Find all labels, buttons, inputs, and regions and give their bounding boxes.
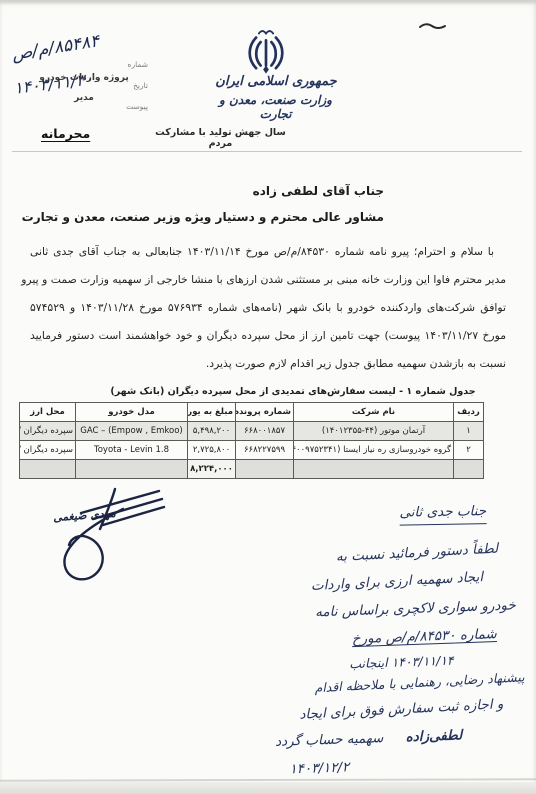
col-header-file-no: شماره پرونده [236,403,294,422]
handwritten-letter-number: ۸۵۴۸۴/م/ص [2,30,109,66]
cell-row-no: ۲ [454,441,484,460]
col-header-amount: مبلغ به یورو [188,403,236,422]
note-line: لطفاً دستور فرمائید نسبت به [335,541,498,565]
scan-edge-shadow-top [0,0,536,5]
addressee-name: جناب آقای لطفی زاده [22,178,384,204]
cell-total-amount: ۸,۲۲۴,۰۰۰ [188,460,236,479]
addressee-block: جناب آقای لطفی زاده مشاور عالی محترم و د… [22,178,384,230]
col-header-row-no: ردیف [454,403,484,422]
confidential-stamp: محرمانه [41,126,146,141]
body-line: توافق شرکت‌های واردکننده خودرو با بانک ش… [30,294,506,322]
note-line: لطفی‌زاده سهمیه حساب گردد [275,727,463,750]
note-line: جناب جدی ثانی [400,503,487,526]
scan-edge-shadow-bottom [0,782,536,794]
ministry-name-calligraphy: وزارت صنعت، معدن و تجارت [203,93,348,121]
col-header-car-model: مدل خودرو [76,403,188,422]
note-line: خودرو سواری لاکچری براساس نامه [315,597,516,620]
cell-row-no: ۱ [454,422,484,441]
addressee-title: مشاور عالی محترم و دستیار ویژه وزیر صنعت… [22,204,384,230]
year-slogan: سال جهش تولید با مشارکت مردم [143,127,298,149]
note-line: ایجاد سهمیه ارزی برای واردات [310,569,483,594]
handwritten-annotation: جناب جدی ثانی لطفاً دستور فرمائید نسبت ب… [7,495,532,794]
note-line: شماره ۸۴۵۳۰/م/ص مورخ [352,626,497,647]
note-line: و اجازه ثبت سفارش فوق برای ایجاد [299,696,504,723]
iran-emblem-icon [248,29,284,75]
cell-company: گروه خودروسازی ره نیاز ایستا (۱۴۰۰۹۷۵۲۳۴… [294,441,454,460]
body-line: مدیر محترم فاوا این وزارت خانه مبنی بر م… [30,266,506,294]
table-row: ۲ گروه خودروسازی ره نیاز ایستا (۱۴۰۰۹۷۵۲… [20,441,484,460]
body-line: نسبت به بازشدن سهمیه مطابق جدول زیر اقدا… [30,350,506,378]
cell-car-model: Toyota - Levin 1.8 [76,441,188,460]
note-closing: سهمیه حساب گردد [275,730,384,750]
pen-scribble-mark [418,20,448,32]
note-date: ۱۴۰۳/۱۲/۲ [289,759,349,777]
cell-car-model: GAC – (Empow , Emkoo) [76,422,188,441]
cell-file-no: ۶۶۸۰۰۱۸۵۷ [236,422,294,441]
header-divider [12,151,522,152]
body-line: مورخ ۱۴۰۳/۱۱/۲۷ پیوست) جهت تامین ارز از … [30,322,506,350]
letter-body: با سلام و احترام؛ پیرو نامه شماره ۸۴۵۳۰/… [30,238,506,378]
cell-currency-source: سپرده دیگران / خود [20,441,76,460]
cell-empty [236,460,294,479]
orders-table: ردیف نام شرکت شماره پرونده مبلغ به یورو … [19,402,484,479]
cell-empty [454,460,484,479]
cell-amount: ۲,۷۲۵,۸۰۰ [188,441,236,460]
cell-file-no: ۶۶۸۲۲۷۵۹۹ [236,441,294,460]
note-line: پیشنهاد رضایی، رهنمایی با ملاحظه اقدام [314,669,525,695]
col-header-currency-source: محل ارز [20,403,76,422]
note-line: ۱۴۰۳/۱۱/۱۴ اینجانب [349,653,454,672]
table-total-row: ۸,۲۲۴,۰۰۰ [20,460,484,479]
org-name-calligraphy: جمهوری اسلامی ایران [211,74,341,89]
cell-amount: ۵,۴۹۸,۲۰۰ [188,422,236,441]
table-title: جدول شماره ۱ - لیست سفارش‌های تمدیدی از … [50,386,536,397]
col-header-company: نام شرکت [294,403,454,422]
cell-empty [20,460,76,479]
table-row: ۱ آرتمان موتور (۴۴-۱۴۰۱۲۳۵۵) ۶۶۸۰۰۱۸۵۷ ۵… [20,422,484,441]
cell-company: آرتمان موتور (۴۴-۱۴۰۱۲۳۵۵) [294,422,454,441]
note-signer-name: لطفی‌زاده [405,727,462,745]
body-line: با سلام و احترام؛ پیرو نامه شماره ۸۴۵۳۰/… [30,238,506,266]
cell-currency-source: سپرده دیگران / خود [20,422,76,441]
unit-project-line: پروژه واردات خودرو [24,68,144,88]
unit-manager-line: مدیر [24,88,144,108]
issuing-unit-block: پروژه واردات خودرو مدیر [24,68,144,108]
scanned-letter-page: ۸۵۴۸۴/م/ص ۱۴۰۳/۱۱/۳۰ شماره تاریخ پیوست ج… [0,0,536,794]
cell-empty [76,460,188,479]
cell-empty [294,460,454,479]
table-header-row: ردیف نام شرکت شماره پرونده مبلغ به یورو … [20,403,484,422]
